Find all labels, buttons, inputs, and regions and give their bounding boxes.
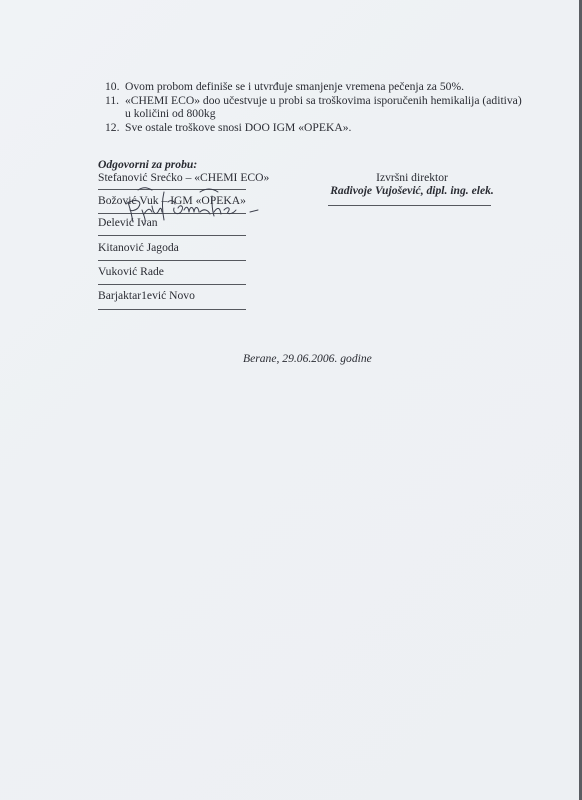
director-block: Izvršni direktor Radivoje Vujošević, dip… bbox=[322, 171, 502, 197]
signature-line bbox=[98, 309, 246, 310]
responsible-name: Stefanović Srećko – «CHEMI ECO» bbox=[98, 171, 258, 184]
handwritten-signature-icon bbox=[100, 186, 265, 226]
list-item-number: 11. bbox=[105, 94, 125, 121]
signature-line bbox=[98, 284, 246, 285]
responsible-row: Kitanović Jagoda bbox=[98, 239, 258, 263]
list-item-text: «CHEMI ECO» doo učestvuje u probi sa tro… bbox=[125, 94, 525, 121]
responsible-persons-block: Odgovorni za probu: Stefanović Srećko – … bbox=[98, 158, 258, 311]
list-item-text: Sve ostale troškove snosi DOO IGM «OPEKA… bbox=[125, 121, 525, 135]
director-title: Izvršni direktor bbox=[322, 171, 502, 184]
signature-line bbox=[98, 260, 246, 261]
list-item: 11. «CHEMI ECO» doo učestvuje u probi sa… bbox=[105, 94, 525, 121]
responsible-name: Vuković Rade bbox=[98, 263, 258, 278]
list-item-number: 10. bbox=[105, 80, 125, 94]
director-signature-line bbox=[328, 205, 491, 206]
responsible-row: Vuković Rade bbox=[98, 263, 258, 287]
list-item: 12. Sve ostale troškove snosi DOO IGM «O… bbox=[105, 121, 525, 135]
responsible-row: Barjaktar1ević Novo bbox=[98, 287, 258, 311]
numbered-list: 10. Ovom probom definiše se i utvrđuje s… bbox=[105, 80, 525, 134]
responsible-name: Kitanović Jagoda bbox=[98, 239, 258, 254]
list-item: 10. Ovom probom definiše se i utvrđuje s… bbox=[105, 80, 525, 94]
list-item-number: 12. bbox=[105, 121, 125, 135]
responsible-name: Barjaktar1ević Novo bbox=[98, 287, 258, 302]
responsible-title: Odgovorni za probu: bbox=[98, 158, 258, 171]
document-page: 10. Ovom probom definiše se i utvrđuje s… bbox=[0, 0, 579, 800]
director-name: Radivoje Vujošević, dipl. ing. elek. bbox=[322, 184, 502, 197]
list-item-text: Ovom probom definiše se i utvrđuje smanj… bbox=[125, 80, 525, 94]
signature-line bbox=[98, 235, 246, 236]
place-and-date: Berane, 29.06.2006. godine bbox=[243, 352, 372, 365]
